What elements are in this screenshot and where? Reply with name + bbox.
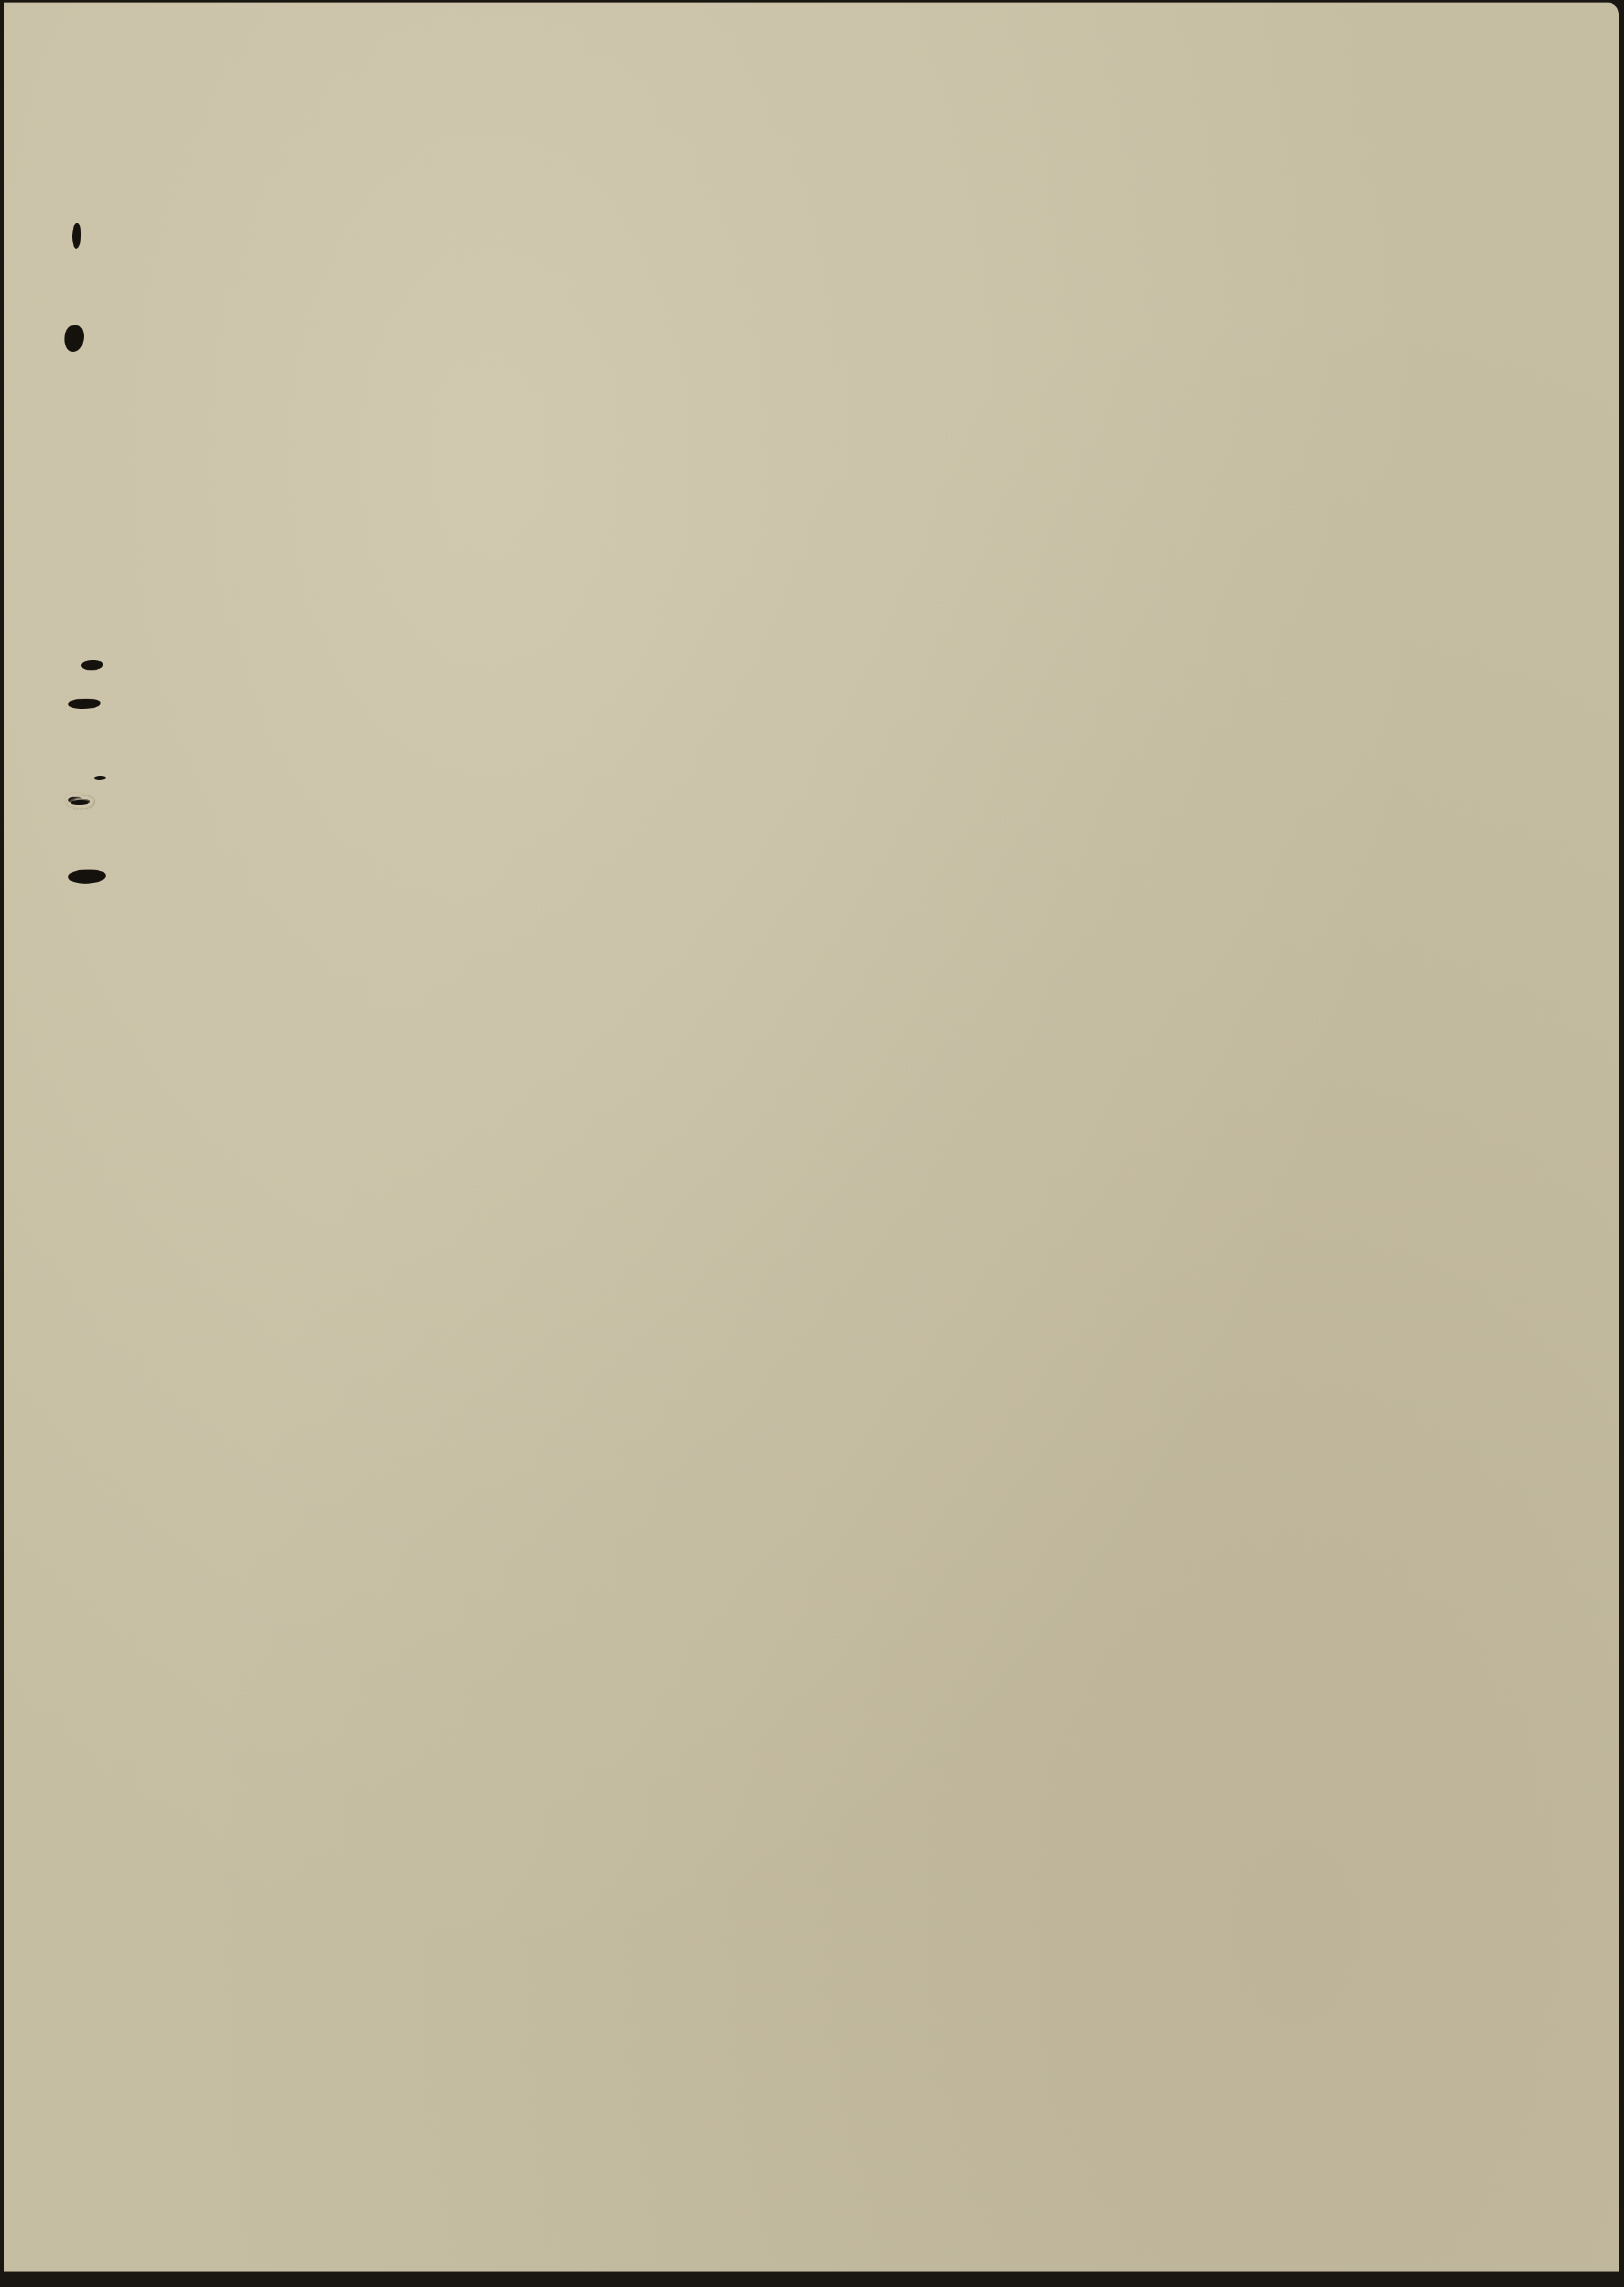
binding-hole — [81, 660, 103, 670]
binding-hole — [94, 776, 106, 780]
binding-hole — [72, 223, 81, 249]
binding-hole — [68, 699, 101, 709]
document-page — [4, 3, 1619, 2272]
binding-hole — [64, 325, 84, 352]
binding-hole — [68, 870, 106, 884]
